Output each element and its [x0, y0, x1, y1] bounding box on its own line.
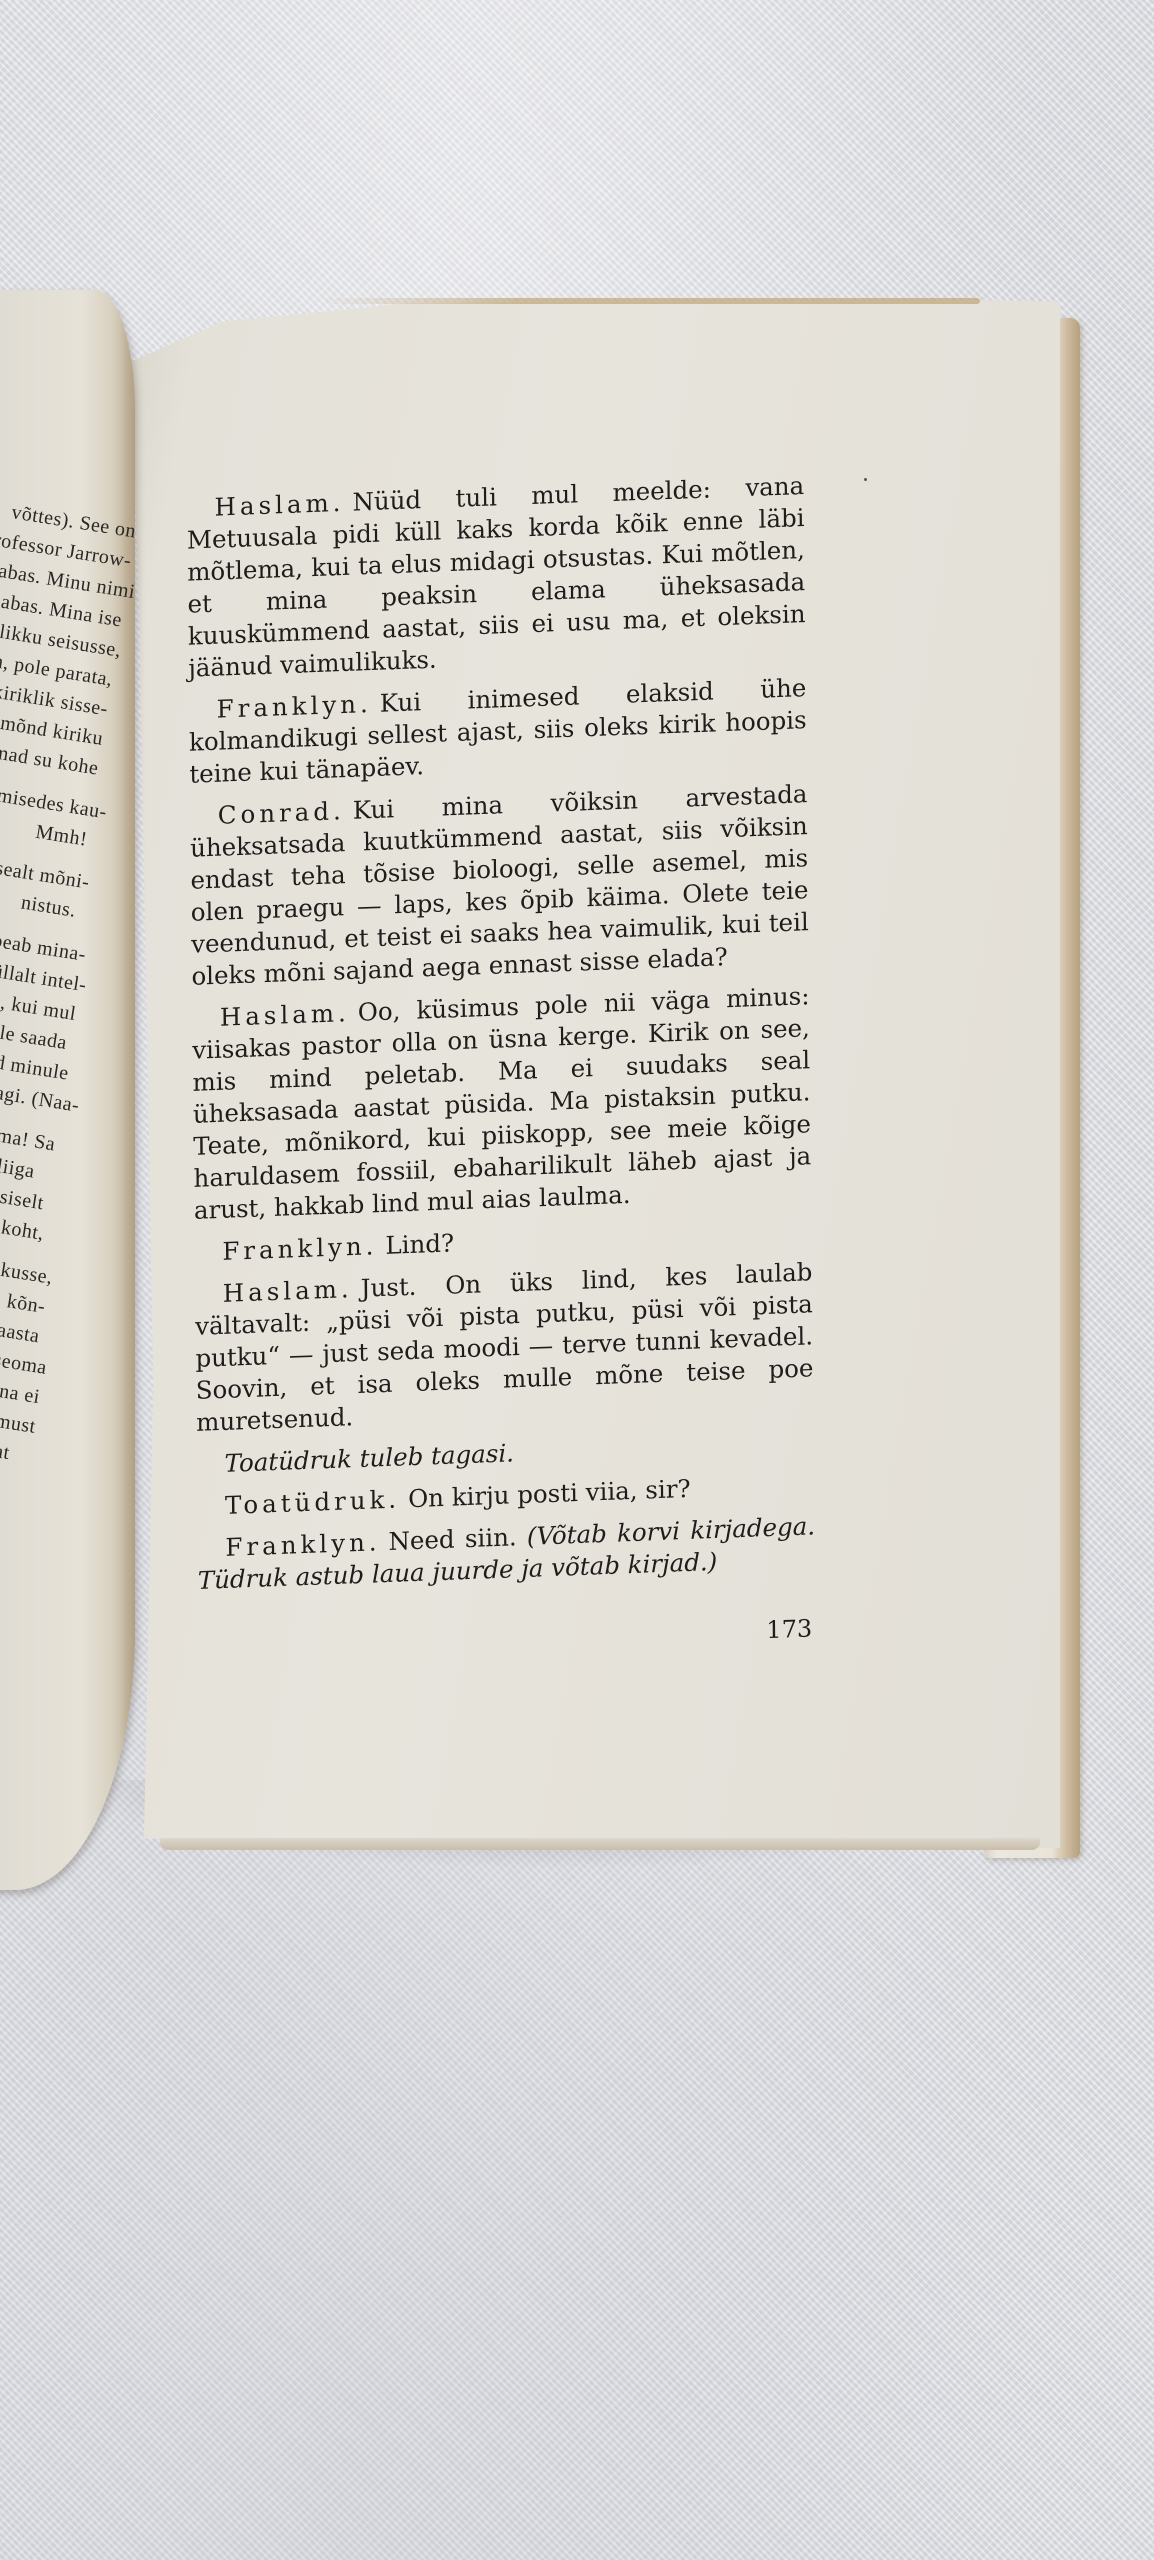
dust-speck	[864, 478, 867, 481]
dialogue-text: Kui inimesed elaksid ühe kolmandikugi se…	[189, 673, 807, 789]
speaker-name: Conrad.	[218, 796, 345, 830]
speaker-name: Haslam.	[214, 488, 344, 522]
dialogue-paragraph: Franklyn.Need siin. (Võtab korvi kirjade…	[197, 1510, 815, 1597]
speaker-name: Franklyn.	[225, 1527, 380, 1562]
right-page-text: Haslam.Nüüd tuli mul meelde: vana Metuus…	[186, 470, 816, 1665]
dialogue-paragraph: Haslam.Just. On üks lind, kes laulab väl…	[195, 1256, 814, 1439]
speaker-name: Toatüdruk.	[225, 1484, 400, 1519]
dialogue-paragraph: Conrad.Kui mina võiksin arvestada üheksa…	[190, 778, 810, 993]
dialogue-paragraph: Haslam.Oo, küsimus pole nii väga minus: …	[192, 980, 812, 1227]
dialogue-paragraph: Franklyn.Kui inimesed elaksid ühe kolman…	[189, 672, 808, 791]
right-page-bottom-edge	[160, 1838, 1040, 1850]
left-page: võttes). See onrofessor Jarrow-nabas. Mi…	[0, 290, 135, 1890]
speaker-name: Franklyn.	[217, 689, 372, 724]
speaker-name: Haslam.	[220, 998, 350, 1032]
dialogue-text: On kirju posti viia, sir?	[408, 1474, 691, 1513]
dialogue-paragraph: Haslam.Nüüd tuli mul meelde: vana Metuus…	[186, 470, 806, 685]
speaker-name: Haslam.	[223, 1274, 353, 1308]
dialogue-text: Lind?	[385, 1228, 454, 1260]
dialogue-text: Need siin.	[388, 1522, 516, 1556]
right-page-top-edge	[320, 298, 980, 304]
speaker-name: Franklyn.	[222, 1231, 377, 1266]
